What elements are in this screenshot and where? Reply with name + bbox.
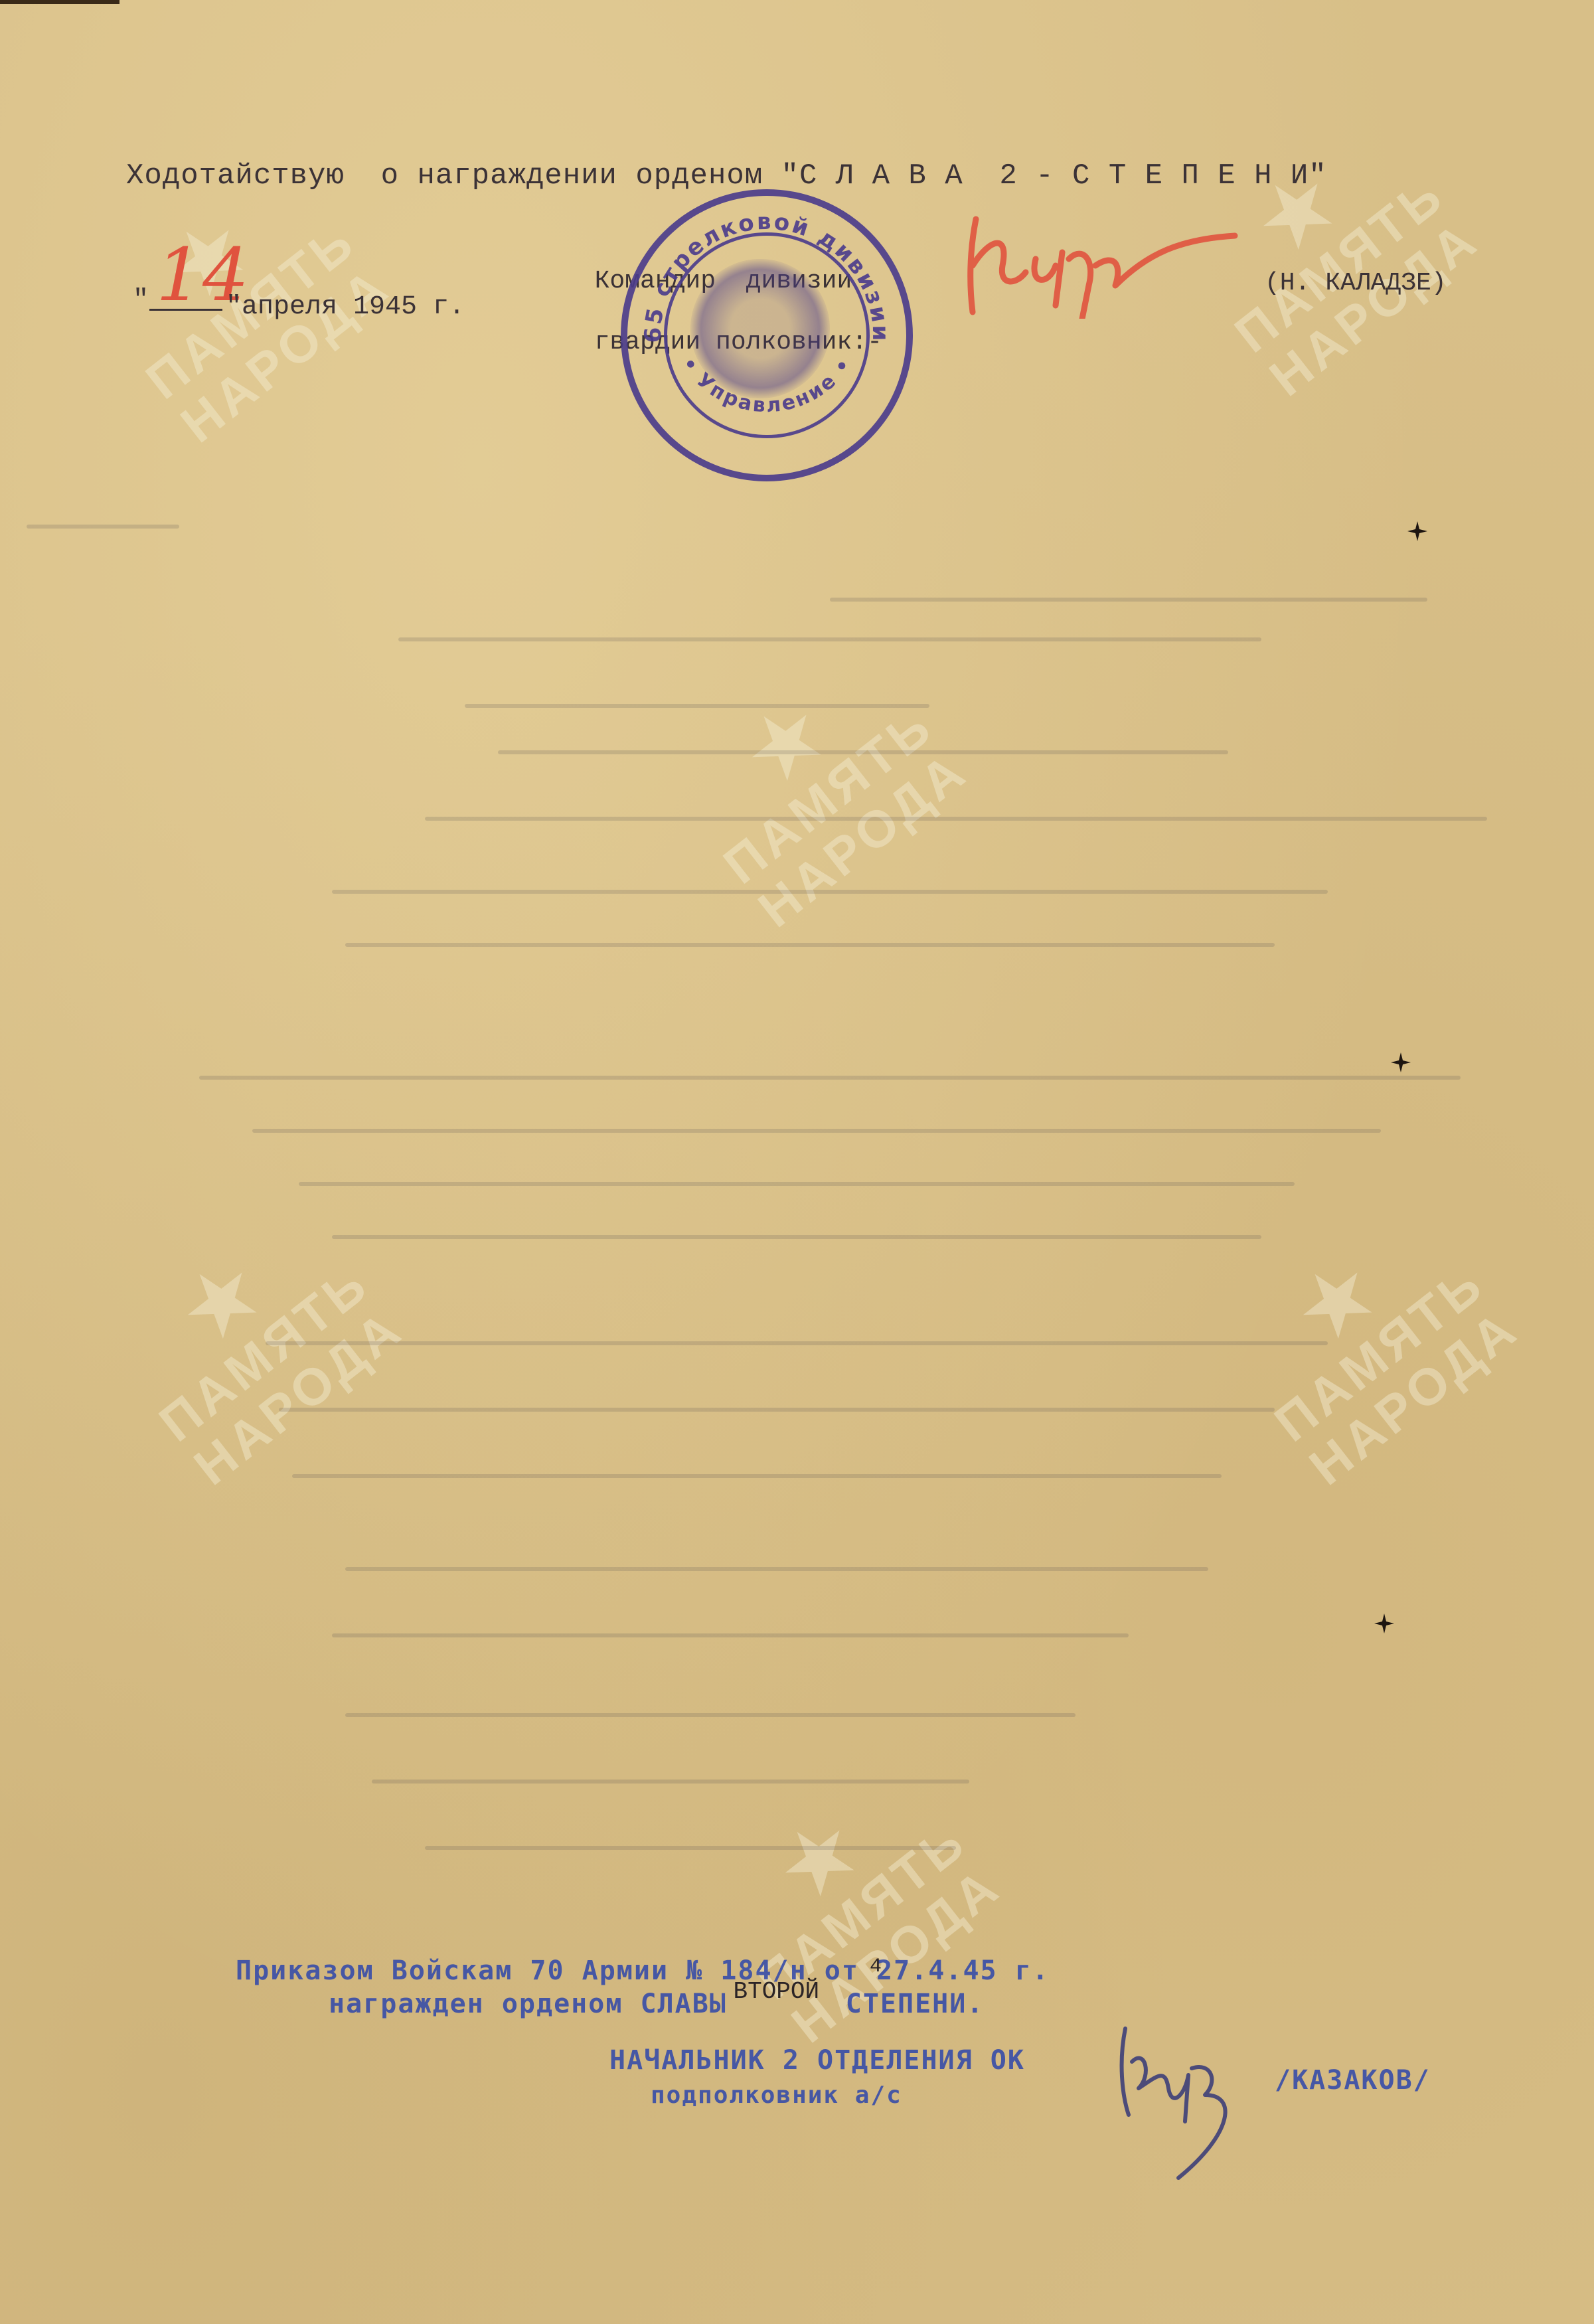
svg-text:65 стрелковой дивизии: 65 стрелковой дивизии	[640, 208, 894, 343]
division-round-stamp: 65 стрелковой дивизии • Управление •	[621, 189, 913, 481]
order-line-1: Приказом Войскам 70 Армии № 184/н от 27.…	[236, 1955, 1050, 1986]
department-head-signature	[1105, 2022, 1278, 2188]
inserted-digit: 4	[870, 1955, 882, 1978]
date-underline	[149, 309, 222, 311]
paper-edge	[0, 0, 120, 4]
commander-signature	[963, 212, 1334, 319]
punch-hole	[1391, 1052, 1411, 1072]
svg-text:• Управление •: • Управление •	[677, 353, 857, 417]
punch-hole	[1407, 521, 1427, 541]
date-line: " 14 "апреля 1945 г.	[133, 239, 531, 319]
order-line-2: награжден орденом СЛАВЫ ВТОРОЙ СТЕПЕНИ.	[329, 1989, 984, 2022]
inserted-degree: ВТОРОЙ	[734, 1978, 820, 2005]
petition-text: Ходотайствую о награждении орденом "С Л …	[126, 159, 1327, 193]
department-head-rank: подполковник а/с	[651, 2082, 902, 2109]
punch-hole	[1374, 1614, 1394, 1633]
department-head-title: НАЧАЛЬНИК 2 ОТДЕЛЕНИЯ ОК	[609, 2045, 1025, 2076]
department-head-name: /КАЗАКОВ/	[1275, 2065, 1431, 2096]
